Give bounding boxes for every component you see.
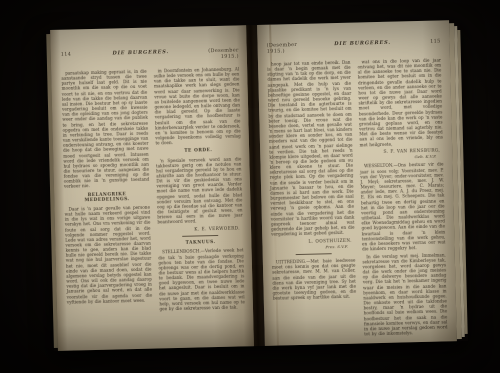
photo-background: 114 DIE BURGERES. (Desember 1915.) paraa…: [0, 0, 500, 373]
body-paragraph: wat ons in die loop van die jaar ontvang…: [357, 57, 443, 147]
open-magazine: 114 DIE BURGERES. (Desember 1915.) paraa…: [46, 20, 468, 351]
left-page-column-2: in Doornfontein en Johannesburg. Al sulk…: [154, 66, 245, 314]
body-paragraph: UITTREDING.—Met baie leedwese moet ons k…: [272, 258, 356, 301]
signature-title: Pres. S.V.F.: [271, 244, 348, 251]
left-page-number: 114: [61, 51, 87, 58]
right-page-number: 115: [414, 38, 440, 45]
section-heading: TE ORDE.: [156, 148, 242, 155]
right-page-header: (Desember 1915.) DIE BURGERES. 115: [267, 38, 441, 54]
section-divider: [295, 253, 331, 255]
magazine-title: DIE BURGERES.: [311, 39, 415, 48]
right-page: (Desember 1915.) DIE BURGERES. 115 hoop …: [257, 20, 457, 346]
body-paragraph: 'n Spesiale versoek word aan die takbest…: [156, 156, 243, 225]
section-divider: [182, 235, 218, 237]
left-page: 114 DIE BURGERES. (Desember 1915.) paraa…: [50, 25, 254, 351]
body-paragraph: Daar is 'n paar gevalle van persone wat …: [64, 205, 152, 305]
body-paragraph: WESSELTON.—Ons bestuur vir die jaar is s…: [360, 162, 446, 252]
left-page-header: 114 DIE BURGERES. (Desember 1915.): [61, 47, 239, 63]
left-issue-date: (Desember 1915.): [195, 47, 239, 60]
magazine-title: DIE BURGERES.: [87, 48, 195, 57]
right-page-column-1: hoop jaar tot van einde bereik. Dan is d…: [267, 60, 357, 342]
right-page-columns: hoop jaar tot van einde bereik. Dan is d…: [267, 57, 448, 341]
body-paragraph: In die verslag wat mej. Immelman, sekret…: [362, 252, 447, 337]
right-issue-date: (Desember 1915.): [267, 42, 311, 55]
body-paragraph: paraatskap making gepraat is, in die aan…: [61, 69, 149, 190]
signature-title: Geb. K.V.P.: [360, 154, 437, 161]
signature: K. E. VERWOERD.: [157, 225, 240, 232]
body-paragraph: hoop jaar tot van einde bereik. Dan is d…: [267, 60, 355, 237]
right-page-column-2: wat ons in die loop van die jaar ontvang…: [357, 57, 447, 339]
left-page-columns: paraatskap making gepraat is, in die aan…: [61, 66, 245, 316]
section-heading: BELANGRIKE MEDEDELINGS.: [64, 191, 150, 203]
left-page-column-1: paraatskap making gepraat is, in die aan…: [61, 69, 152, 317]
section-heading: TAKNUUS.: [158, 240, 244, 247]
body-paragraph: STELLENBOSCH.—Verlede week het die tak '…: [158, 248, 245, 312]
body-paragraph: in Doornfontein en Johannesburg. Al sulk…: [154, 66, 241, 145]
